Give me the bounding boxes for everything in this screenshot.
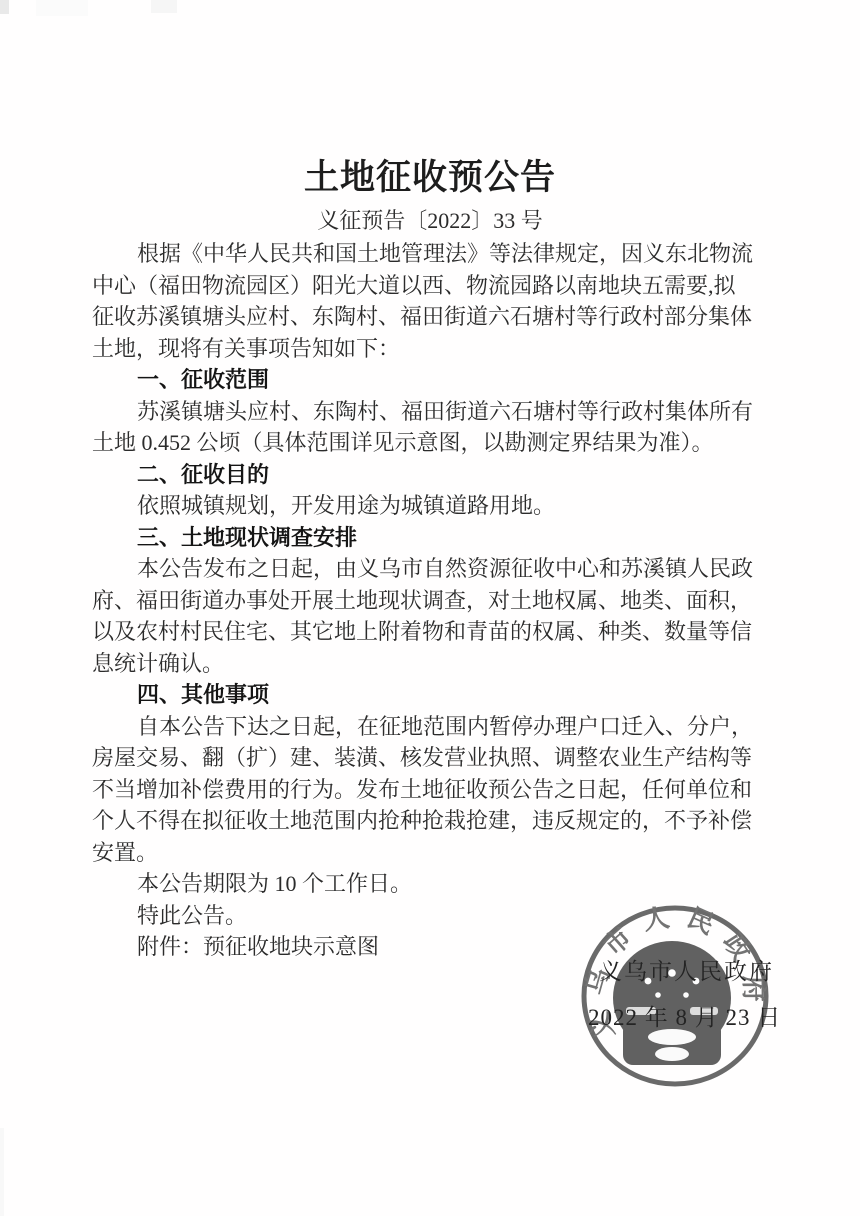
document-title: 土地征收预公告 [0, 150, 860, 200]
scan-artifact [0, 0, 9, 14]
section-heading: 四、其他事项 [92, 679, 776, 711]
signature-date: 2022 年 8 月 23 日 [588, 999, 781, 1032]
document-body: 根据《中华人民共和国土地管理法》等法律规定，因义东北物流中心（福田物流园区）阳光… [92, 238, 776, 963]
body-line: 土地，现将有关事项告知如下： [92, 333, 776, 365]
section-heading: 一、征收范围 [92, 364, 776, 396]
government-seal-stamp: 义乌市人民政府 [578, 903, 772, 1089]
section-heading: 二、征收目的 [92, 459, 776, 491]
body-line: 中心（福田物流园区）阳光大道以西、物流园路以南地块五需要,拟 [92, 270, 776, 302]
body-line: 苏溪镇塘头应村、东陶村、福田街道六石塘村等行政村集体所有 [92, 396, 776, 428]
body-line: 个人不得在拟征收土地范围内抢种抢栽抢建，违反规定的，不予补偿 [92, 805, 776, 837]
body-line: 安置。 [92, 837, 776, 869]
body-line: 土地 0.452 公顷（具体范围详见示意图，以勘测定界结果为准）。 [92, 427, 776, 459]
scan-artifact [36, 0, 88, 16]
body-line: 本公告期限为 10 个工作日。 [92, 868, 776, 900]
body-line: 以及农村村民住宅、其它地上附着物和青苗的权属、种类、数量等信 [92, 616, 776, 648]
body-line: 府、福田街道办事处开展土地现状调查，对土地权属、地类、面积， [92, 585, 776, 617]
scanned-notice-page: 土地征收预公告 义征预告〔2022〕33 号 根据《中华人民共和国土地管理法》等… [0, 0, 860, 1216]
section-heading: 三、土地现状调查安排 [92, 522, 776, 554]
body-line: 征收苏溪镇塘头应村、东陶村、福田街道六石塘村等行政村部分集体 [92, 301, 776, 333]
document-number: 义征预告〔2022〕33 号 [0, 204, 860, 235]
body-line: 根据《中华人民共和国土地管理法》等法律规定，因义东北物流 [92, 238, 776, 270]
scan-artifact [151, 0, 177, 13]
signature-issuer: 义乌市人民政府 [599, 953, 774, 986]
body-line: 本公告发布之日起，由义乌市自然资源征收中心和苏溪镇人民政 [92, 553, 776, 585]
body-line: 不当增加补偿费用的行为。发布土地征收预公告之日起，任何单位和 [92, 774, 776, 806]
body-line: 房屋交易、翻（扩）建、装潢、核发营业执照、调整农业生产结构等 [92, 742, 776, 774]
body-line: 息统计确认。 [92, 648, 776, 680]
body-line: 自本公告下达之日起，在征地范围内暂停办理户口迁入、分户， [92, 711, 776, 743]
scan-artifact [0, 1128, 4, 1216]
body-line: 依照城镇规划，开发用途为城镇道路用地。 [92, 490, 776, 522]
